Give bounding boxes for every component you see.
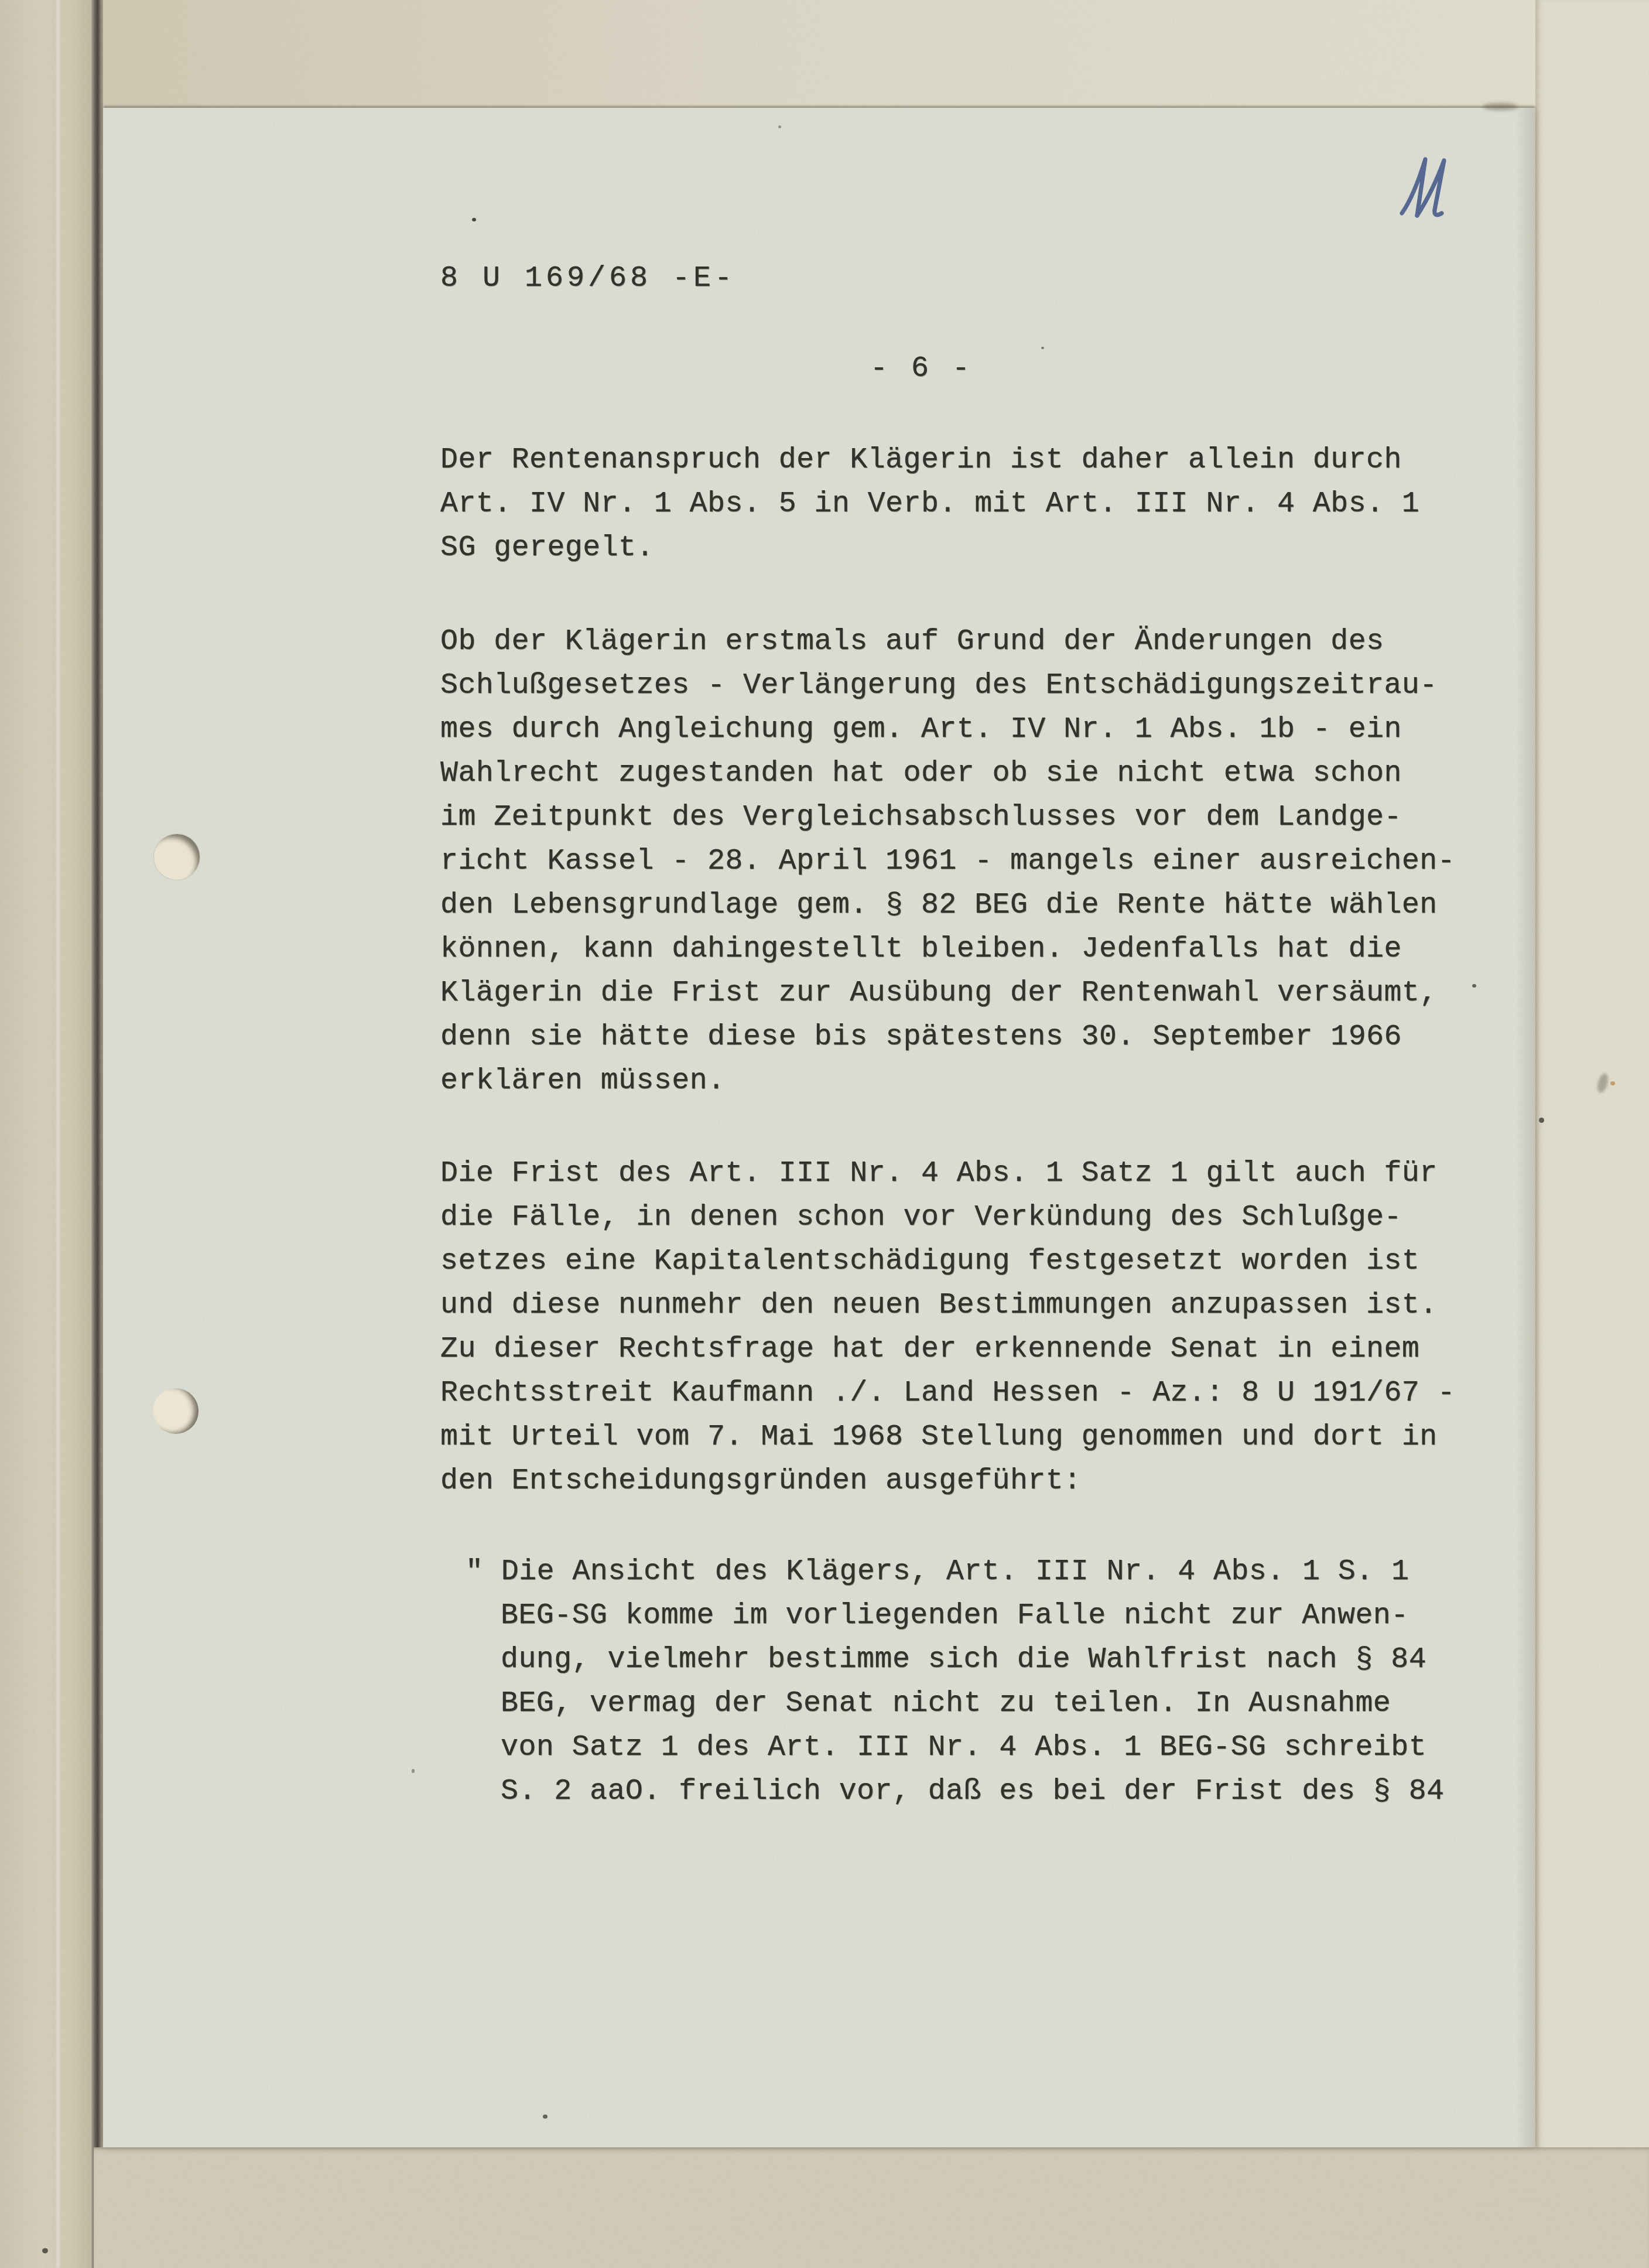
text-line: Die Frist des Art. III Nr. 4 Abs. 1 Satz… <box>440 1152 1455 1196</box>
handwritten-page-mark-11 <box>1398 153 1480 224</box>
quoted-judgment-excerpt: " Die Ansicht des Klägers, Art. III Nr. … <box>466 1550 1444 1813</box>
text-line: Zu dieser Rechtsfrage hat der erkennende… <box>440 1327 1455 1371</box>
text-line: Ob der Klägerin erstmals auf Grund der Ä… <box>440 620 1455 664</box>
text-line: Klägerin die Frist zur Ausübung der Rent… <box>440 971 1455 1015</box>
text-line: " Die Ansicht des Klägers, Art. III Nr. … <box>466 1550 1444 1594</box>
page-number: - 6 - <box>870 347 973 391</box>
text-line: im Zeitpunkt des Vergleichsabschlusses v… <box>440 795 1455 839</box>
dust-speck <box>543 2115 548 2119</box>
page-right-fold-shadow <box>1515 108 1535 2147</box>
text-line: Schlußgesetzes - Verlängerung des Entsch… <box>440 664 1455 708</box>
text-line: den Entscheidungsgründen ausgeführt: <box>440 1459 1455 1503</box>
paragraph-3: Die Frist des Art. III Nr. 4 Abs. 1 Satz… <box>440 1152 1455 1503</box>
paragraph-2: Ob der Klägerin erstmals auf Grund der Ä… <box>440 620 1455 1103</box>
text-line: die Fälle, in denen schon vor Verkündung… <box>440 1196 1455 1239</box>
text-line: SG geregelt. <box>440 526 1419 570</box>
dust-speck <box>1041 347 1044 349</box>
backing-sheet-bottom <box>94 2147 1649 2268</box>
text-line: erklären müssen. <box>440 1059 1455 1103</box>
document-page <box>103 108 1535 2147</box>
text-line: können, kann dahingestellt bleiben. Jede… <box>440 927 1455 971</box>
text-line: richt Kassel - 28. April 1961 - mangels … <box>440 839 1455 883</box>
text-line: von Satz 1 des Art. III Nr. 4 Abs. 1 BEG… <box>466 1726 1444 1770</box>
page-top-edge-shadow <box>1483 103 1518 110</box>
text-line: dung, vielmehr bestimme sich die Wahlfri… <box>466 1638 1444 1682</box>
scan-smudge <box>1610 1081 1615 1085</box>
text-line: mit Urteil vom 7. Mai 1968 Stellung geno… <box>440 1415 1455 1459</box>
text-line: Der Rentenanspruch der Klägerin ist dahe… <box>440 438 1419 482</box>
text-line: BEG, vermag der Senat nicht zu teilen. I… <box>466 1682 1444 1726</box>
case-number-text: 8 U 169/68 -E- <box>440 257 735 300</box>
text-line: S. 2 aaO. freilich vor, daß es bei der F… <box>466 1770 1444 1813</box>
scanned-legal-document: { "doc": { "case_number": "8 U 169/68 -E… <box>0 0 1649 2268</box>
page-number-text: - 6 - <box>870 347 973 391</box>
text-line: BEG-SG komme im vorliegenden Falle nicht… <box>466 1594 1444 1638</box>
text-line: denn sie hätte diese bis spätestens 30. … <box>440 1015 1455 1059</box>
backing-sheet-left-edge <box>0 0 94 2268</box>
dust-speck <box>42 2248 48 2253</box>
dust-speck <box>1539 1118 1544 1123</box>
text-line: Art. IV Nr. 1 Abs. 5 in Verb. mit Art. I… <box>440 482 1419 526</box>
text-line: Rechtsstreit Kaufmann ./. Land Hessen - … <box>440 1371 1455 1415</box>
text-line: setzes eine Kapitalentschädigung festges… <box>440 1239 1455 1283</box>
text-line: den Lebensgrundlage gem. § 82 BEG die Re… <box>440 883 1455 927</box>
left-paper-crease <box>56 0 60 2268</box>
text-line: Wahlrecht zugestanden hat oder ob sie ni… <box>440 752 1455 795</box>
text-line: und diese nunmehr den neuen Bestimmungen… <box>440 1283 1455 1327</box>
binding-gutter-line <box>91 0 103 2268</box>
punch-hole-top <box>154 834 200 880</box>
backing-sheet-top <box>103 0 1649 108</box>
dust-speck <box>472 218 476 221</box>
text-line: mes durch Angleichung gem. Art. IV Nr. 1… <box>440 708 1455 752</box>
dust-speck <box>778 125 781 128</box>
case-number: 8 U 169/68 -E- <box>440 257 735 300</box>
backing-sheet-right <box>1535 0 1649 2268</box>
dust-speck <box>412 1769 415 1773</box>
punch-hole-bottom <box>153 1388 199 1434</box>
paragraph-1: Der Rentenanspruch der Klägerin ist dahe… <box>440 438 1419 570</box>
dust-speck <box>1472 984 1476 988</box>
handwritten-11-icon <box>1398 153 1480 224</box>
